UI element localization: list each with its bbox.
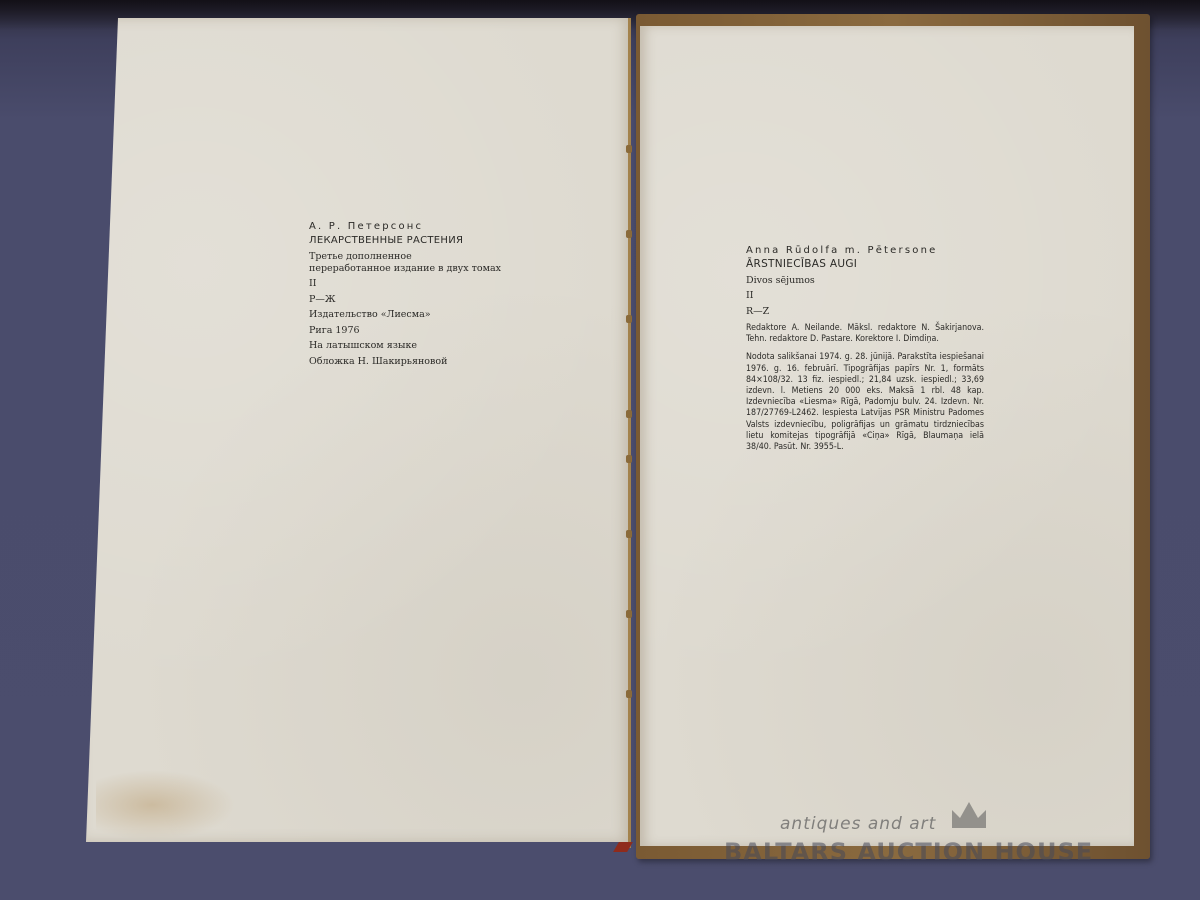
language-note: На латышском языке	[309, 341, 529, 351]
edition-line-1: Третье дополненное	[309, 252, 529, 262]
author-name-lv: Anna Rūdolfa m. Pētersone	[746, 246, 986, 256]
book-title-ru: ЛЕКАРСТВЕННЫЕ РАСТЕНИЯ	[309, 236, 529, 246]
ribbon-bookmark	[613, 842, 633, 852]
letter-range: R—Z	[746, 307, 986, 317]
printing-imprint: Nodota salikšanai 1974. g. 28. jūnijā. P…	[746, 352, 984, 453]
binding-stitch	[626, 315, 632, 323]
letter-range: Р—Ж	[309, 295, 529, 305]
left-page	[86, 18, 630, 842]
author-name-ru: А. Р. Петерсонс	[309, 222, 529, 232]
binding-stitch	[626, 230, 632, 238]
foxing-stain	[96, 770, 236, 840]
cover-credit: Обложка Н. Шакирьяновой	[309, 357, 529, 367]
volume-number: II	[746, 291, 986, 301]
latvian-title-block: Anna Rūdolfa m. Pētersone ĀRSTNIECĪBAS A…	[746, 246, 986, 453]
editors-credits: Redaktore A. Neilande. Māksl. redaktore …	[746, 323, 984, 345]
russian-title-block: А. Р. Петерсонс ЛЕКАРСТВЕННЫЕ РАСТЕНИЯ Т…	[309, 222, 529, 368]
volumes-note: Divos sējumos	[746, 276, 986, 286]
binding-stitch	[626, 530, 632, 538]
edition-line-2: переработанное издание в двух томах	[309, 264, 529, 274]
binding-stitch	[626, 145, 632, 153]
binding-stitch	[626, 690, 632, 698]
volume-number: II	[309, 279, 529, 289]
publisher: Издательство «Лиесма»	[309, 310, 529, 320]
binding-stitch	[626, 410, 632, 418]
book-title-lv: ĀRSTNIECĪBAS AUGI	[746, 259, 986, 270]
binding-stitch	[626, 455, 632, 463]
binding-stitch	[626, 610, 632, 618]
city-year: Рига 1976	[309, 326, 529, 336]
book-gutter	[628, 18, 631, 848]
